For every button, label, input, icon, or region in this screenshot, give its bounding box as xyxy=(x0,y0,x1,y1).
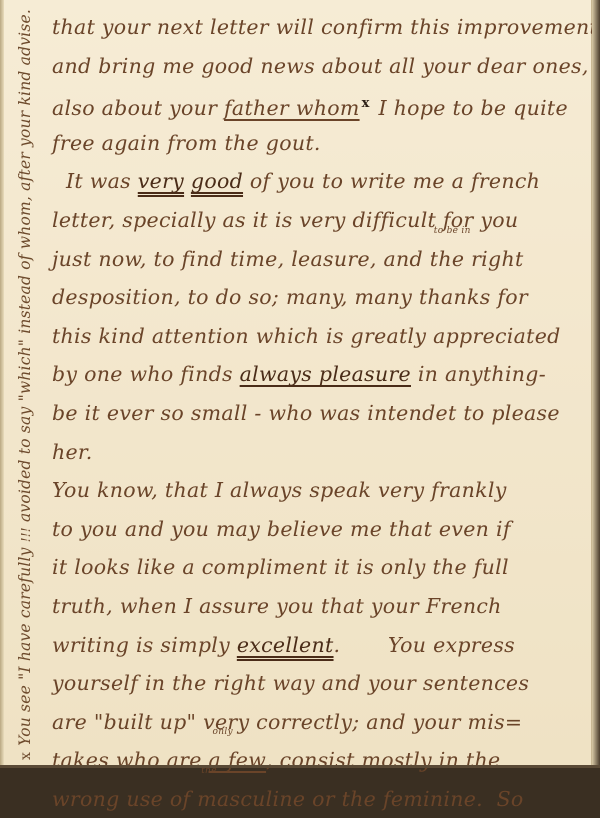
page-right-border xyxy=(592,0,600,768)
letter-line-3: also about your father whomx I hope to b… xyxy=(52,85,592,124)
underlined-good: good xyxy=(191,169,243,193)
letter-line-16: truth, when I assure you that your Frenc… xyxy=(52,587,592,626)
line-7-part-a: just now, to find time, leasure, and xyxy=(52,247,430,271)
underlined-father-whom: father whom xyxy=(224,96,360,120)
letter-line-5: It was very good of you to write me a fr… xyxy=(52,162,592,201)
letter-line-10: by one who finds always pleasure in anyt… xyxy=(52,355,592,394)
insertion-anchor: to be inthe right xyxy=(430,240,524,278)
x-mark-icon: x xyxy=(362,96,370,111)
line-7-part-b: the right xyxy=(430,247,524,271)
line-10-part-c: in anything- xyxy=(411,362,546,386)
letter-line-14: to you and you may believe me that even … xyxy=(52,510,592,549)
letter-line-7: just now, to find time, leasure, and to … xyxy=(52,240,592,279)
letter-line-20: takes who are onlya few, consist mostly … xyxy=(52,741,592,768)
margin-note-part-a: You see "I have carefully xyxy=(16,547,34,746)
letter-line-8: desposition, to do so; many, many thanks… xyxy=(52,278,592,317)
insertion-anchor-only: onlya few xyxy=(209,741,267,768)
margin-note-exclaim: !!! xyxy=(19,527,33,542)
line-5-part-e: of you to write me a french xyxy=(243,169,540,193)
letter-line-2: and bring me good news about all your de… xyxy=(52,47,592,86)
letter-line-6: letter, specially as it is very difficul… xyxy=(52,201,592,240)
annotation-x-mark: x xyxy=(18,752,34,760)
margin-annotation: xYou see "I have carefully !!! avoided t… xyxy=(12,0,38,760)
letter-line-18: yourself in the right way and your sente… xyxy=(52,664,592,703)
underlined-very: very xyxy=(138,169,184,193)
line-10-part-a: by one who finds xyxy=(52,362,240,386)
letter-page: xYou see "I have carefully !!! avoided t… xyxy=(0,0,592,766)
line-17-part-a: writing is simply xyxy=(52,633,237,657)
line-3-part-c: I hope to be quite xyxy=(372,96,568,120)
letter-body: that your next letter will confirm this … xyxy=(52,8,592,768)
line-5-part-a: It was xyxy=(66,169,138,193)
letter-line-1: that your next letter will confirm this … xyxy=(52,8,592,47)
line-3-part-a: also about your xyxy=(52,96,224,120)
margin-note-part-c: avoided to say "which" instead of whom, … xyxy=(16,9,34,527)
letter-line-15: it looks like a compliment it is only th… xyxy=(52,548,592,587)
letter-line-17: writing is simply excellent. You express xyxy=(52,626,592,665)
line-17-part-c: . You express xyxy=(334,633,515,657)
underlined-always-pleasure: always pleasure xyxy=(240,362,411,386)
letter-line-12: her. xyxy=(52,433,592,472)
letter-line-19: are "built up" very correctly; and your … xyxy=(52,703,592,742)
line-5-space xyxy=(184,169,191,193)
underlined-excellent: excellent xyxy=(237,633,334,657)
letter-line-9: this kind attention which is greatly app… xyxy=(52,317,592,356)
interlinear-insertion: to be in xyxy=(434,226,471,236)
letter-line-4: free again from the gout. xyxy=(52,124,592,163)
letter-line-13: You know, that I always speak very frank… xyxy=(52,471,592,510)
interlinear-insertion-only: only xyxy=(213,727,233,737)
letter-line-11: be it ever so small - who was intendet t… xyxy=(52,394,592,433)
